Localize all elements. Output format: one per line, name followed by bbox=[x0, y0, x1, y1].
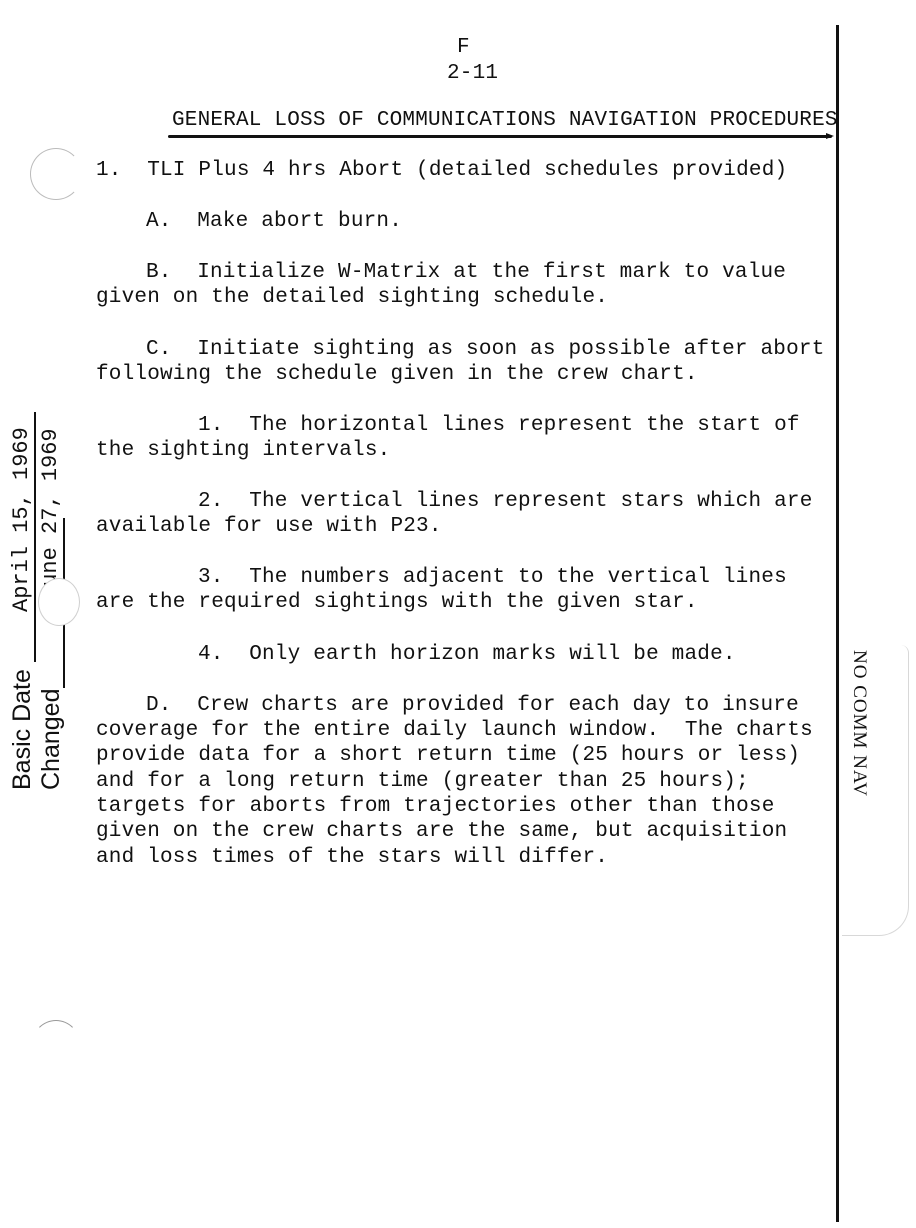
right-margin-rule bbox=[836, 25, 839, 1222]
punch-hole-middle bbox=[38, 578, 80, 626]
item-d-line3: provide data for a short return time (25… bbox=[96, 744, 800, 767]
changed-date-row: Changed June 27, 1969 bbox=[37, 669, 66, 790]
item-d-line5: targets for aborts from trajectories oth… bbox=[96, 795, 775, 818]
item-d-line4: and for a long return time (greater than… bbox=[96, 770, 749, 793]
item-d-line1: D. Crew charts are provided for each day… bbox=[146, 694, 799, 717]
page-number: 2-11 bbox=[447, 62, 498, 85]
sub-2-line1: 2. The vertical lines represent stars wh… bbox=[198, 490, 813, 513]
title-underline-arrow bbox=[168, 135, 832, 138]
changed-label: Changed bbox=[37, 689, 66, 790]
item-c-line1: C. Initiate sighting as soon as possible… bbox=[146, 338, 825, 361]
basic-date-label: Basic Date bbox=[8, 669, 37, 790]
basic-date-value: April 15, 1969 bbox=[9, 427, 34, 612]
item-c-line2: following the schedule given in the crew… bbox=[96, 363, 698, 386]
punch-hole-top bbox=[30, 148, 82, 200]
item-d-line7: and loss times of the stars will differ. bbox=[96, 846, 608, 869]
item-a: A. Make abort burn. bbox=[146, 210, 402, 233]
item-b-line2: given on the detailed sighting schedule. bbox=[96, 286, 608, 309]
changed-date-value: June 27, 1969 bbox=[38, 428, 63, 600]
sub-2-line2: available for use with P23. bbox=[96, 515, 442, 538]
item-b-line1: B. Initialize W-Matrix at the first mark… bbox=[146, 261, 786, 284]
margin-date-block: Basic Date April 15, 1969 Changed June 2… bbox=[8, 669, 66, 790]
side-tab-label: NO COMM NAV bbox=[846, 650, 870, 890]
basic-date-underline bbox=[34, 412, 36, 662]
item-1: 1. TLI Plus 4 hrs Abort (detailed schedu… bbox=[96, 159, 787, 182]
page-letter: F bbox=[457, 36, 470, 59]
basic-date-row: Basic Date April 15, 1969 bbox=[8, 669, 37, 790]
sub-1-line1: 1. The horizontal lines represent the st… bbox=[198, 414, 800, 437]
item-d-line6: given on the crew charts are the same, b… bbox=[96, 820, 787, 843]
sub-4-line1: 4. Only earth horizon marks will be made… bbox=[198, 643, 736, 666]
sub-3-line2: are the required sightings with the give… bbox=[96, 591, 698, 614]
sub-3-line1: 3. The numbers adjacent to the vertical … bbox=[198, 566, 787, 589]
section-title: GENERAL LOSS OF COMMUNICATIONS NAVIGATIO… bbox=[172, 109, 838, 132]
punch-hole-bottom bbox=[32, 1020, 80, 1068]
item-d-line2: coverage for the entire daily launch win… bbox=[96, 719, 813, 742]
sub-1-line2: the sighting intervals. bbox=[96, 439, 390, 462]
